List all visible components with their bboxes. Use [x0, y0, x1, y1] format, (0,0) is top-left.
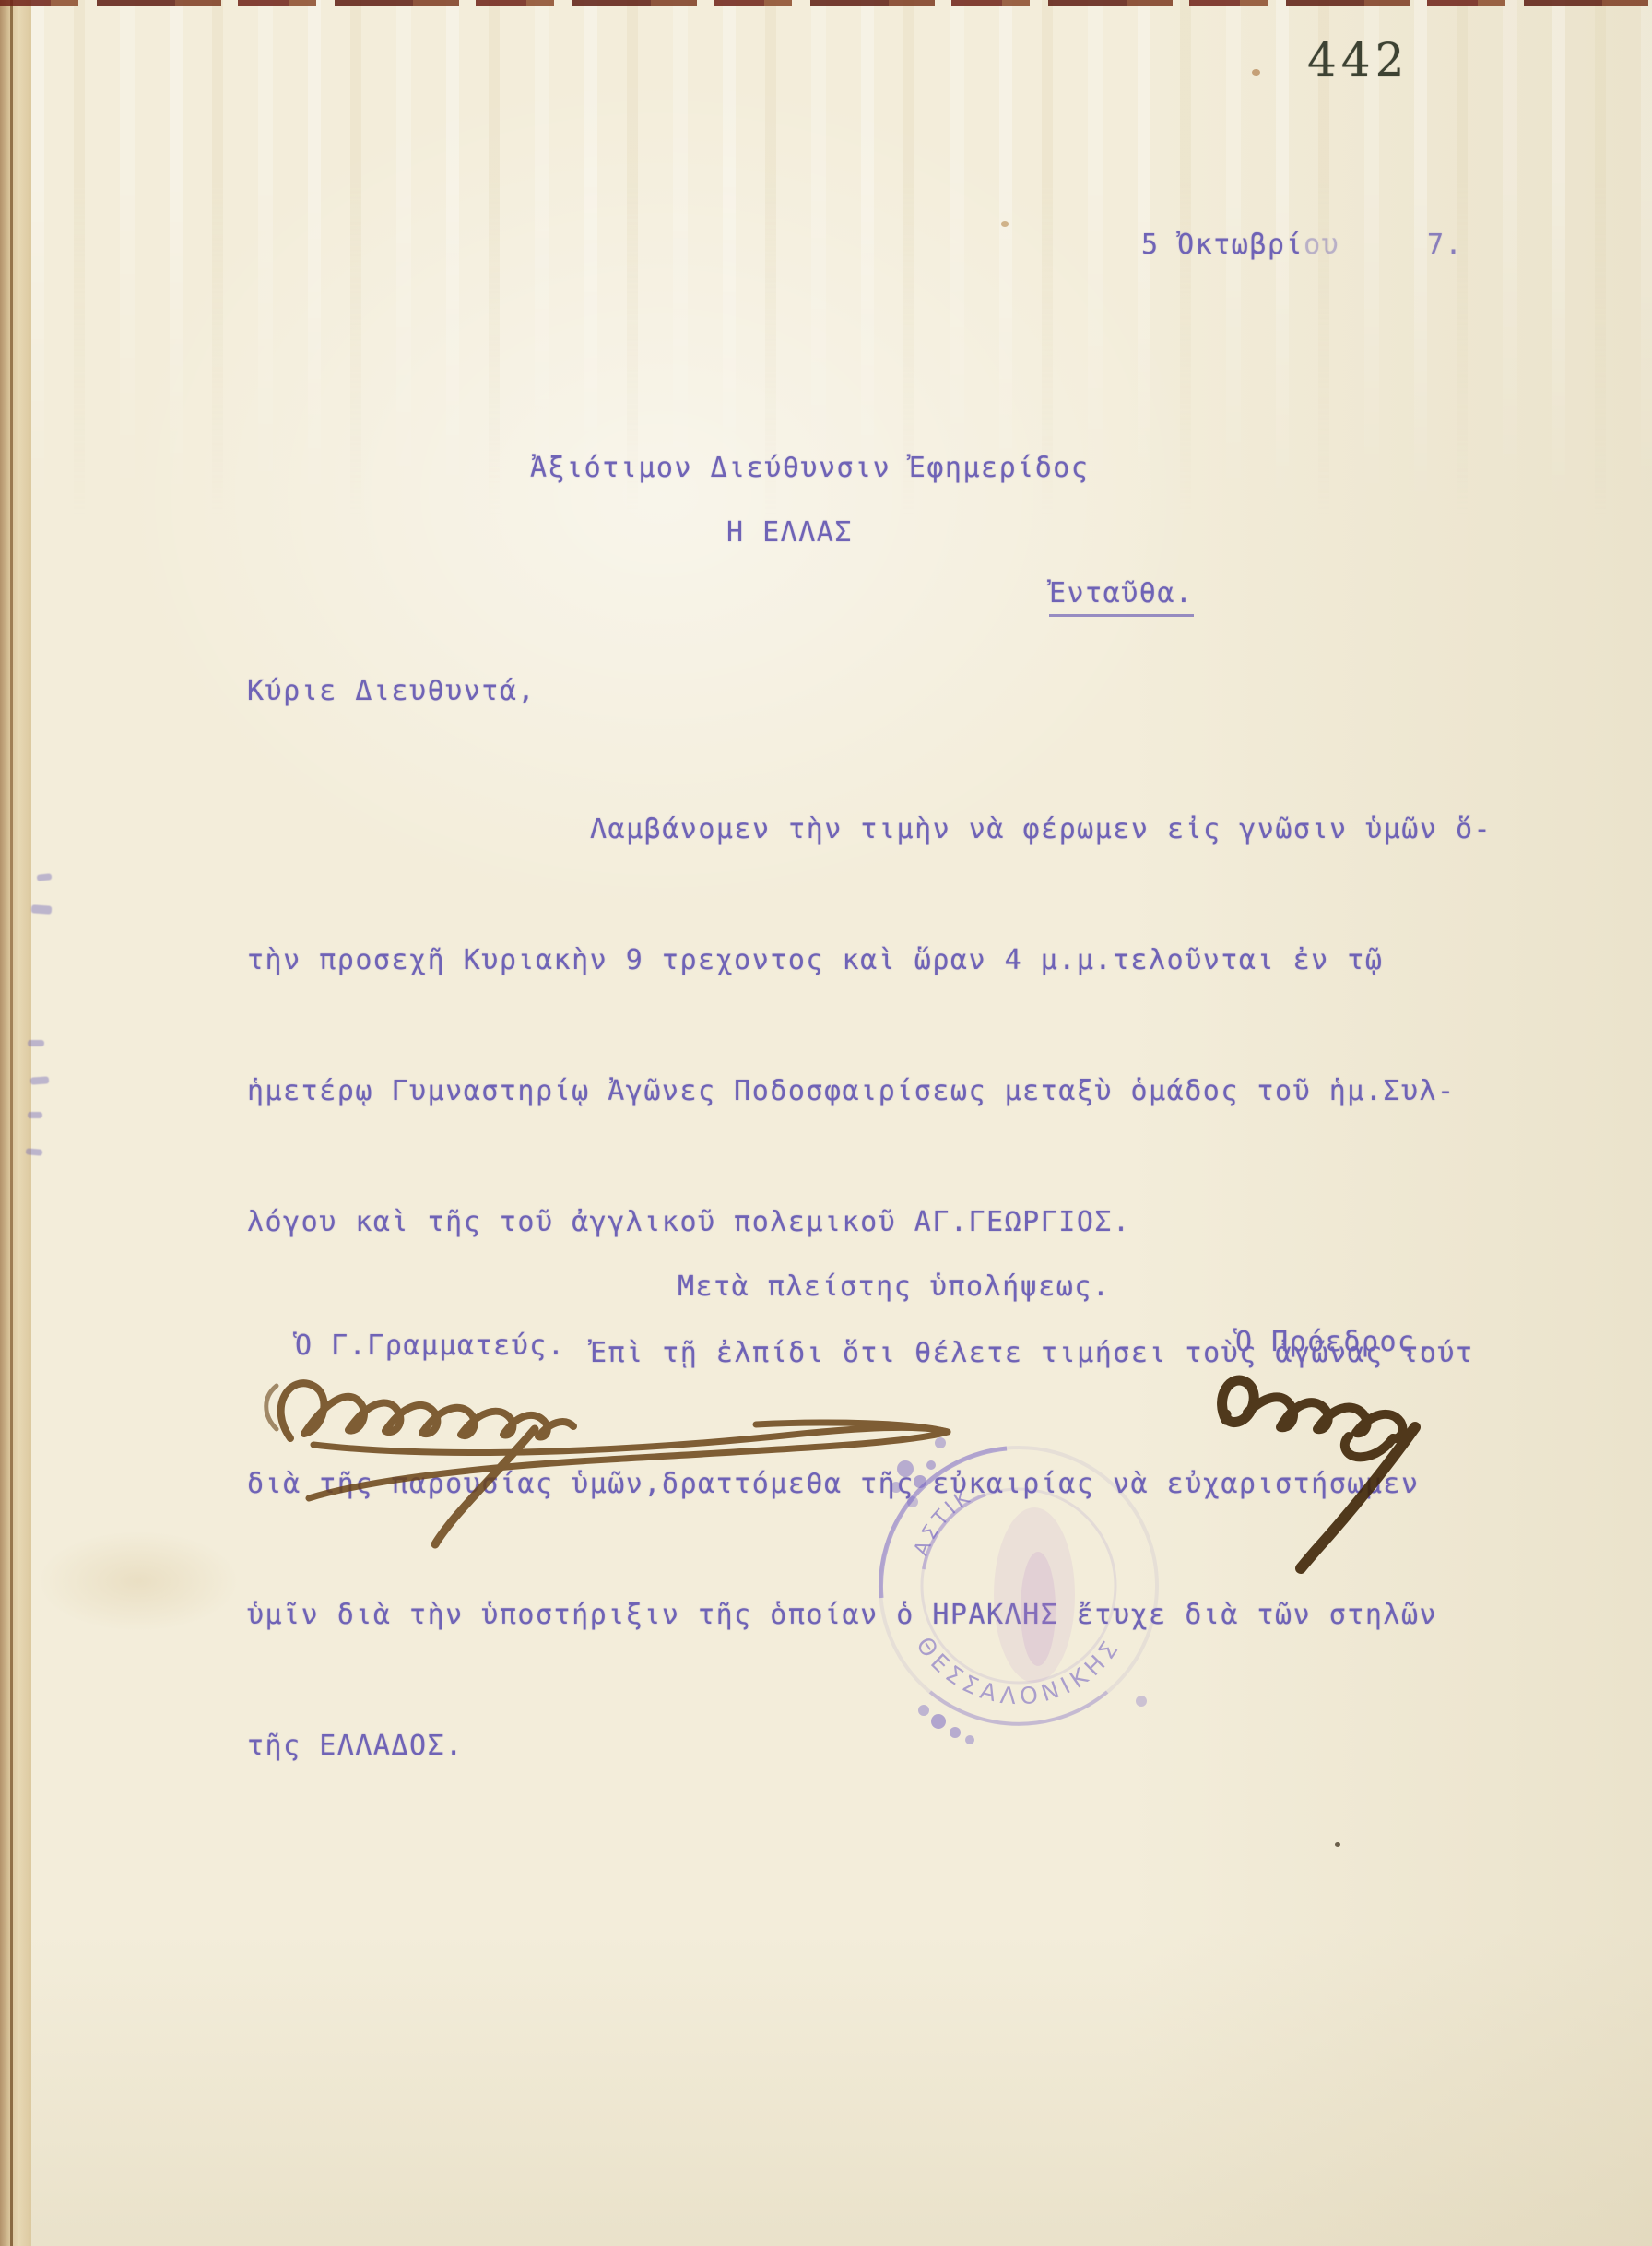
paper-speck	[1001, 221, 1009, 227]
svg-text:ΑΣΤΙΚ: ΑΣΤΙΚ	[910, 1484, 977, 1559]
date-year-fragment: 7.	[1427, 229, 1463, 261]
date-text: 5 Ὀκτωβρί	[1141, 229, 1304, 261]
binding-crease-line	[10, 0, 13, 2246]
recipient-line3: Ἐνταῦθα.	[1049, 577, 1194, 617]
ink-smudge	[28, 1040, 44, 1046]
salutation: Κύριε Διευθυντά,	[247, 675, 536, 707]
scanned-letter-page: { "page": { "number": "442" }, "date_lin…	[0, 0, 1652, 2246]
ink-smudge	[30, 1076, 50, 1084]
page-number: 442	[1307, 33, 1409, 87]
paper-speck	[1252, 69, 1260, 76]
body-line: τὴν προσεχῆ Κυριακὴν 9 τρεχοντος καὶ ὥρα…	[247, 944, 1652, 1011]
body-line: ἡμετέρῳ Γυμναστηρίῳ Ἀγῶνες Ποδοσφαιρίσεω…	[247, 1075, 1652, 1141]
paper-speck	[1335, 1842, 1340, 1847]
body-line: λόγου καὶ τῆς τοῦ ἀγγλικοῦ πολεμικοῦ ΑΓ.…	[247, 1206, 1652, 1272]
president-title: Ὁ Πρόεδρος.	[1235, 1326, 1434, 1358]
club-stamp: ΘΕΣΣΑΛΟΝΙΚΗΣ ΑΣΤΙΚ	[820, 1424, 1217, 1756]
ink-smudge	[31, 904, 53, 915]
recipient-line1: Ἀξιότιμον Διεύθυνσιν Ἐφημερίδος	[530, 452, 1089, 484]
body-line: Λαμβάνομεν τὴν τιμὴν νὰ φέρωμεν εἰς γνῶσ…	[247, 813, 1652, 880]
stamp-fragment-text: ΑΣΤΙΚ	[910, 1484, 977, 1559]
scan-top-edge	[0, 0, 1652, 6]
date-faded-suffix: ου	[1304, 229, 1339, 261]
binding-edge	[0, 0, 31, 2246]
date-line: 5 Ὀκτωβρίου	[1141, 229, 1339, 261]
ink-smudge	[28, 1112, 42, 1118]
recipient-line2: Η ΕΛΛΑΣ	[726, 516, 853, 549]
paper-stain	[37, 1531, 240, 1632]
ink-smudge	[26, 1148, 43, 1156]
closing-formula: Μετὰ πλείστης ὑπολήψεως.	[678, 1271, 1110, 1303]
president-signature	[1203, 1355, 1516, 1577]
